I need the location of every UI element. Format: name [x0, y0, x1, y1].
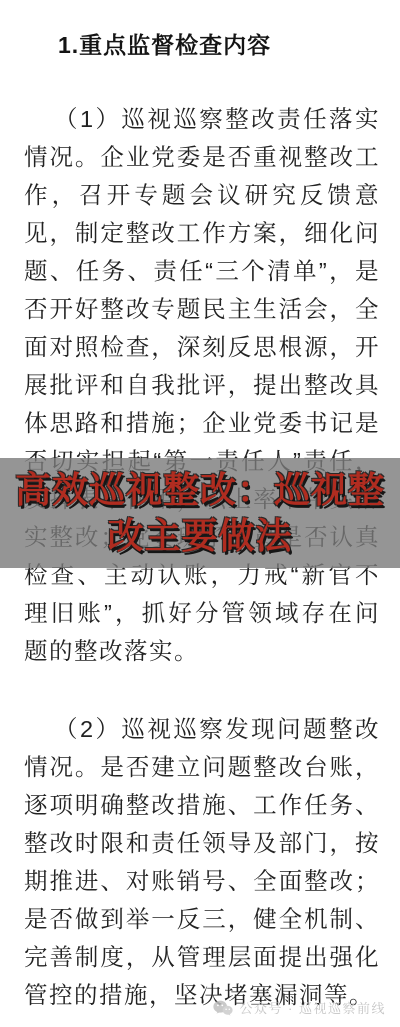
- overlay-title: 高效巡视整改：巡视整改主要做法: [14, 467, 386, 559]
- watermark-text: 公众号 · 巡视巡察前线: [239, 998, 386, 1017]
- watermark: 公众号 · 巡视巡察前线: [213, 998, 386, 1017]
- title-overlay-banner: 高效巡视整改：巡视整改主要做法: [0, 458, 400, 568]
- wechat-icon: [213, 1000, 233, 1016]
- paragraph-problem-rectification: （2）巡视巡察发现问题整改情况。是否建立问题整改台账，逐项明确整改措施、工作任务…: [24, 710, 380, 1014]
- paragraph-inspection-responsibility: （1）巡视巡察整改责任落实情况。企业党委是否重视整改工作，召开专题会议研究反馈意…: [24, 100, 380, 670]
- section-heading: 1.重点监督检查内容: [24, 30, 380, 60]
